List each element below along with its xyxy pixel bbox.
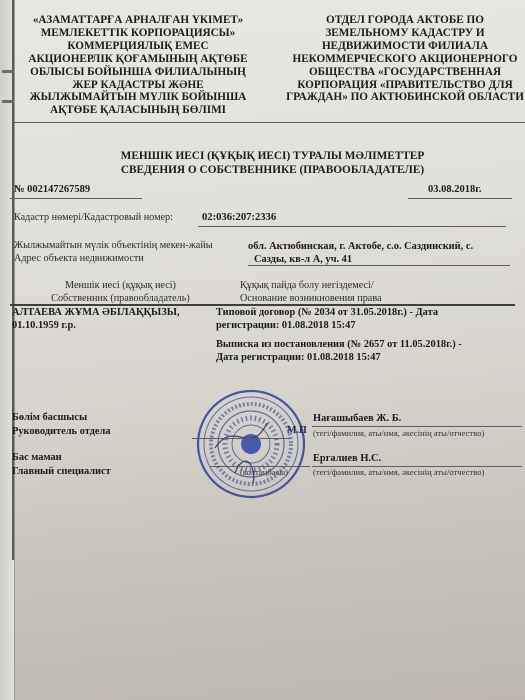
basis-line: Типовой договор (№ 2034 от 31.05.2018г.)…	[216, 306, 506, 319]
address-line-1: обл. Актюбинская, г. Актобе, с.о. Саздин…	[248, 240, 518, 253]
org-kz-line: АҚТӨБЕ ҚАЛАСЫНЫҢ БӨЛІМІ	[18, 104, 258, 117]
org-ru-line: ГРАЖДАН» ПО АКТЮБИНСКОЙ ОБЛАСТИ	[280, 91, 525, 104]
head-name-hint: (тегі/фамилия, аты/имя, әкесінің аты/отч…	[313, 428, 484, 438]
basis-item: Выписка из постановления (№ 2657 от 11.0…	[216, 338, 506, 364]
title-kazakh: МЕНШІК ИЕСІ (ҚҰҚЫҚ ИЕСІ) ТУРАЛЫ МӘЛІМЕТТ…	[20, 150, 525, 164]
org-kz-line: АКЦИОНЕРЛІК ҚОҒАМЫНЫҢ АҚТӨБЕ	[18, 53, 258, 66]
head-name-underline	[312, 426, 522, 427]
address-underline	[248, 265, 510, 266]
org-kz-line: МЕМЛЕКЕТТІК КОРПОРАЦИЯСЫ»	[18, 27, 258, 40]
owner-name: АЛТАЕВА ЖҰМА ӘБІЛАҚҚЫЗЫ,	[12, 306, 212, 319]
org-kz-line: ЖЕР КАДАСТРЫ ЖӘНЕ	[18, 79, 258, 92]
staple-mark	[2, 70, 14, 73]
specialist-title-ru: Главный специалист	[12, 465, 111, 479]
basis-column-header: Құқық пайда болу негіздемесі/ Основание …	[240, 280, 500, 305]
owner-column-header: Меншік иесі (құқық иесі) Собственник (пр…	[18, 280, 223, 305]
head-signature-line	[192, 438, 290, 439]
address-label-kz: Жылжымайтын мүлік объектінің мекен-жайы	[14, 240, 244, 253]
owner-header-kz: Меншік иесі (құқық иесі)	[18, 280, 223, 293]
head-title-ru: Руководитель отдела	[12, 425, 111, 439]
org-kz-line: КОММЕРЦИЯЛЫҚ ЕМЕС	[18, 40, 258, 53]
title-russian: СВЕДЕНИЯ О СОБСТВЕННИКЕ (ПРАВООБЛАДАТЕЛЕ…	[20, 164, 525, 178]
org-ru-line: КОРПОРАЦИЯ «ПРАВИТЕЛЬСТВО ДЛЯ	[280, 79, 525, 92]
property-address: обл. Актюбинская, г. Актобе, с.о. Саздин…	[248, 240, 518, 266]
owner-cell: АЛТАЕВА ЖҰМА ӘБІЛАҚҚЫЗЫ, 01.10.1959 г.р.	[12, 306, 212, 332]
document-header: «АЗАМАТТАРҒА АРНАЛҒАН ҮКІМЕТ» МЕМЛЕКЕТТІ…	[18, 14, 525, 126]
basis-item: Типовой договор (№ 2034 от 31.05.2018г.)…	[216, 306, 506, 332]
organization-name-russian: ОТДЕЛ ГОРОДА АКТОБЕ ПО ЗЕМЕЛЬНОМУ КАДАСТ…	[280, 14, 525, 104]
address-labels: Жылжымайтын мүлік объектінің мекен-жайы …	[14, 240, 244, 265]
org-kz-line: «АЗАМАТТАРҒА АРНАЛҒАН ҮКІМЕТ»	[18, 14, 258, 27]
specialist-title: Бас маман Главный специалист	[12, 451, 111, 479]
head-title: Бөлім басшысы Руководитель отдела	[12, 411, 111, 439]
seal-place-label: М.П	[287, 425, 307, 436]
org-ru-line: ОБЩЕСТВА «ГОСУДАРСТВЕННАЯ	[280, 66, 525, 79]
page-title: МЕНШІК ИЕСІ (ҚҰҚЫҚ ИЕСІ) ТУРАЛЫ МӘЛІМЕТТ…	[20, 150, 525, 177]
basis-line: регистрации: 01.08.2018 15:47	[216, 319, 506, 332]
document-date: 03.08.2018г.	[428, 184, 481, 195]
number-underline	[10, 198, 142, 199]
cadastral-underline	[198, 226, 506, 227]
cadastral-label: Кадастр нөмері/Кадастровый номер:	[14, 212, 173, 225]
specialist-name: Ергалиев Н.С.	[313, 453, 381, 464]
basis-line: Дата регистрации: 01.08.2018 15:47	[216, 351, 506, 364]
org-ru-line: ЗЕМЕЛЬНОМУ КАДАСТРУ И	[280, 27, 525, 40]
cadastral-number: 02:036:207:2336	[202, 211, 276, 224]
org-kz-line: ЖЫЛЖЫМАЙТЫН МҮЛІК БОЙЫНША	[18, 91, 258, 104]
basis-line: Выписка из постановления (№ 2657 от 11.0…	[216, 338, 506, 351]
org-ru-line: ОТДЕЛ ГОРОДА АКТОБЕ ПО	[280, 14, 525, 27]
basis-header-kz: Құқық пайда болу негіздемесі/	[240, 280, 500, 293]
date-underline	[408, 198, 512, 199]
org-ru-line: НЕКОММЕРЧЕСКОГО АКЦИОНЕРНОГО	[280, 53, 525, 66]
header-divider	[14, 122, 525, 123]
official-stamp-icon	[195, 388, 307, 500]
specialist-name-hint: (тегі/фамилия, аты/имя, әкесінің аты/отч…	[313, 467, 484, 477]
basis-cell: Типовой договор (№ 2034 от 31.05.2018г.)…	[216, 306, 506, 370]
document-number: № 002147267589	[14, 184, 90, 195]
specialist-title-kz: Бас маман	[12, 451, 111, 465]
head-title-kz: Бөлім басшысы	[12, 411, 111, 425]
org-kz-line: ОБЛЫСЫ БОЙЫНША ФИЛИАЛЫНЫҢ	[18, 66, 258, 79]
address-label-ru: Адрес объекта недвижимости	[14, 253, 244, 266]
paper-edge	[0, 0, 15, 700]
staple-mark	[2, 100, 14, 103]
organization-name-kazakh: «АЗАМАТТАРҒА АРНАЛҒАН ҮКІМЕТ» МЕМЛЕКЕТТІ…	[18, 14, 258, 117]
owner-birth-date: 01.10.1959 г.р.	[12, 319, 212, 332]
head-name: Нағашыбаев Ж. Б.	[313, 413, 401, 424]
org-ru-line: НЕДВИЖИМОСТИ ФИЛИАЛА	[280, 40, 525, 53]
signature-hint: (колтаңбасы)	[240, 467, 288, 477]
